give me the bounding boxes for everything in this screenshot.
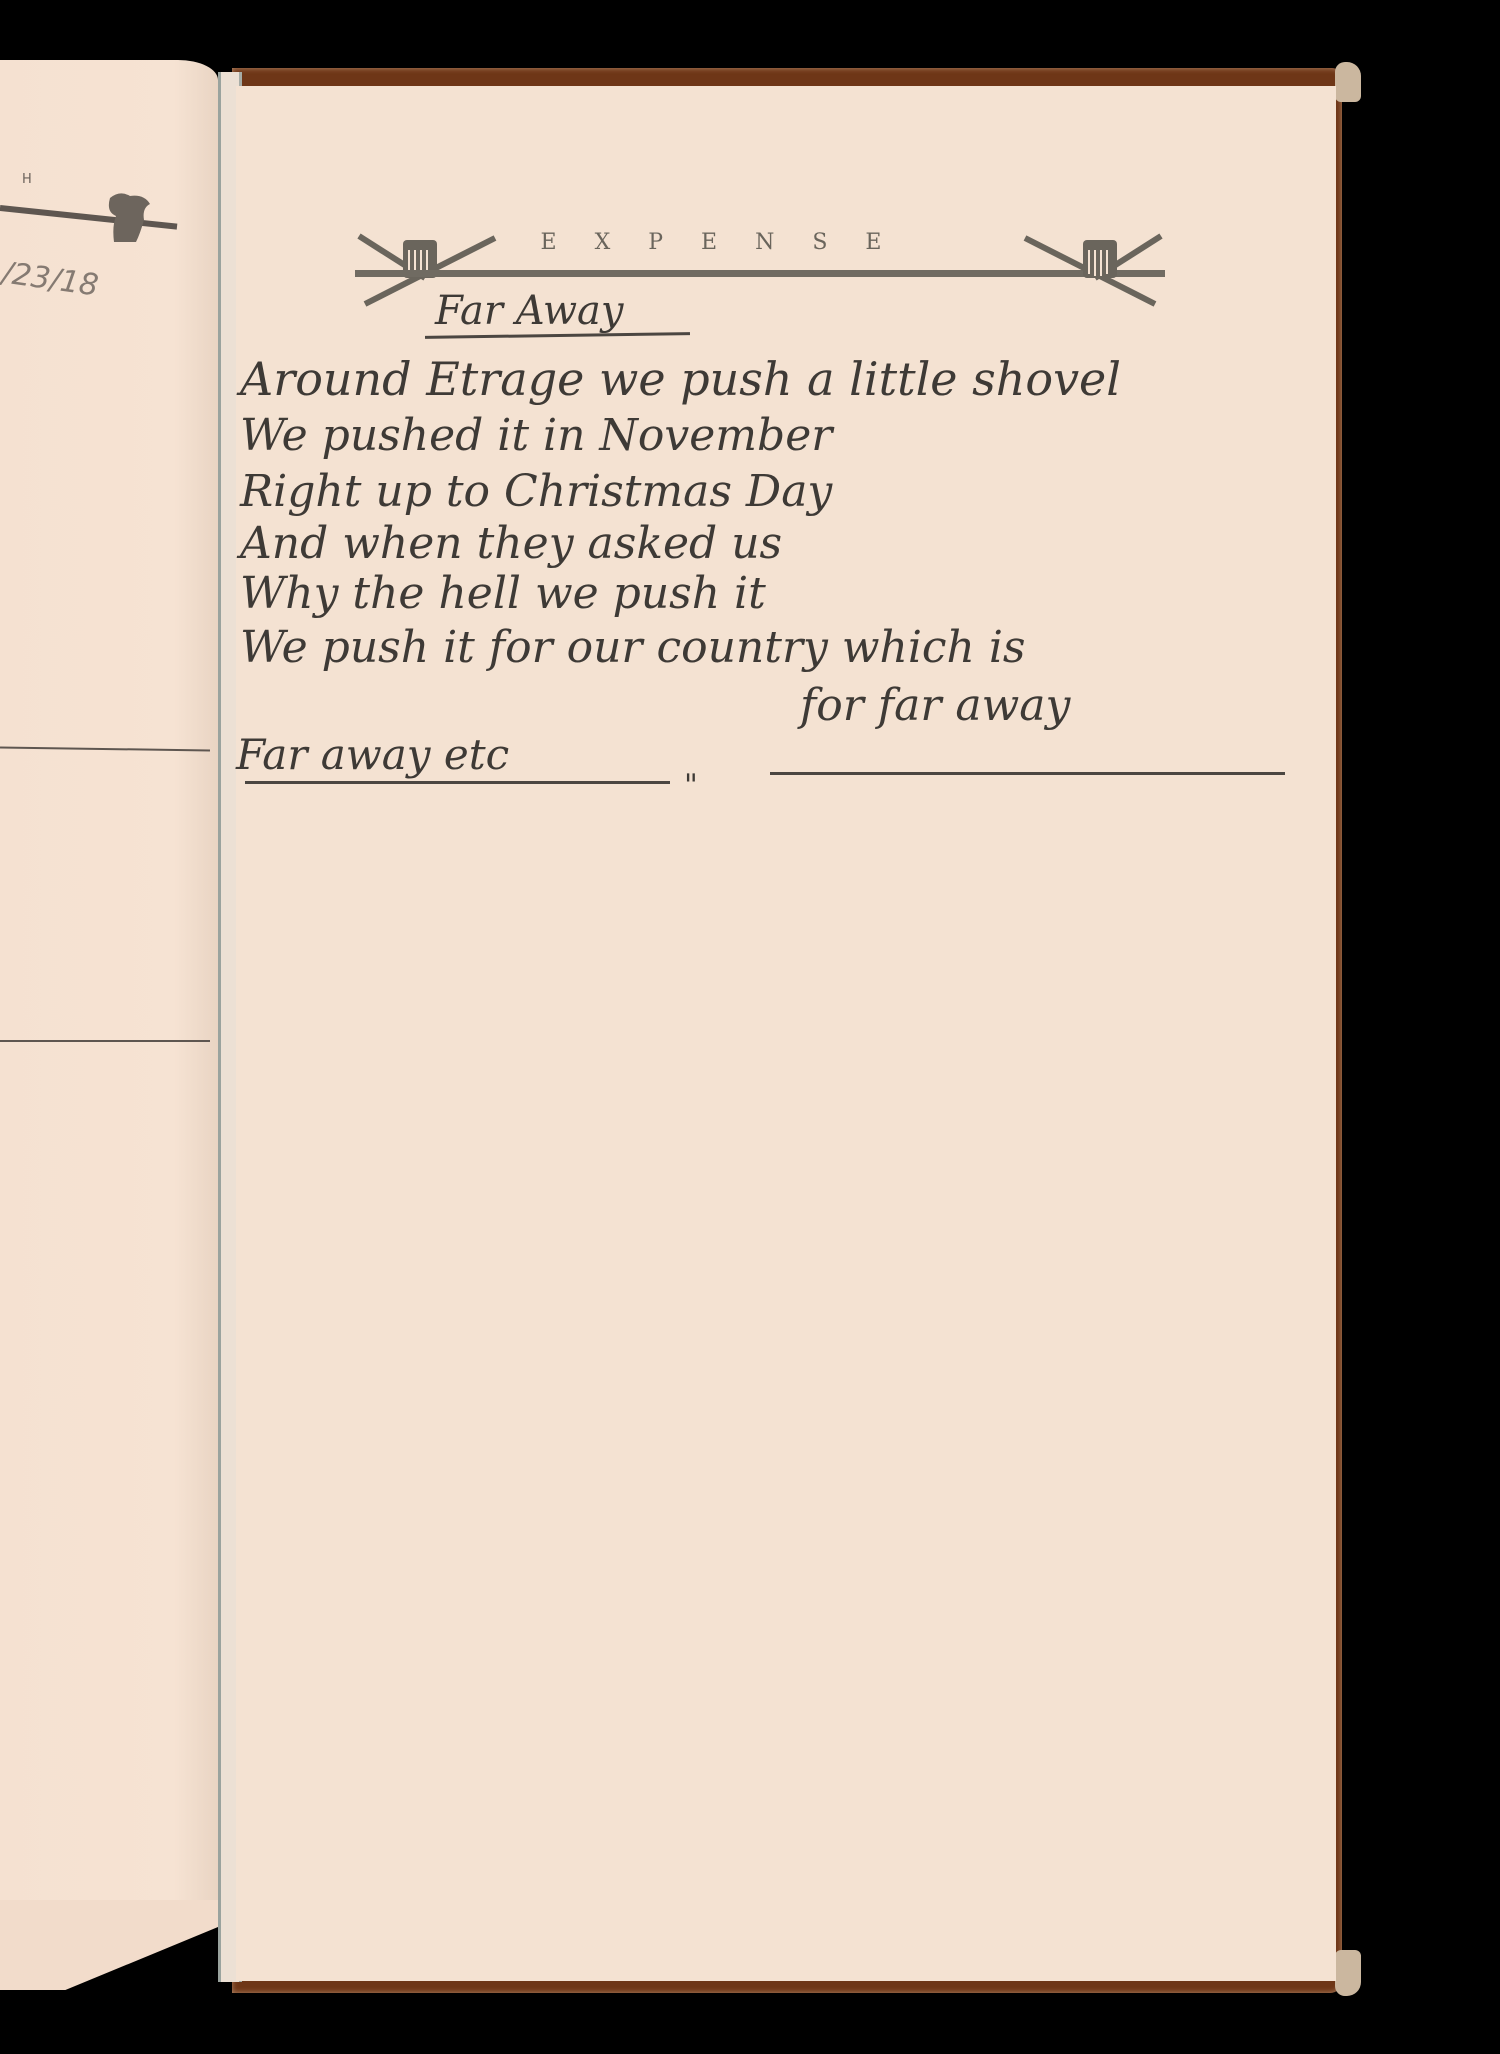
- lyric-line: for far away: [800, 680, 1070, 731]
- ditto-mark: ": [684, 768, 698, 803]
- closing-underline: [770, 772, 1285, 775]
- cover-corner-top: [1335, 62, 1361, 102]
- song-title: Far Away: [435, 288, 624, 334]
- left-entry-rule: [0, 1040, 210, 1042]
- lyric-line: Why the hell we push it: [240, 568, 766, 619]
- cover-corner-bottom: [1335, 1950, 1361, 1996]
- lyric-line: And when they asked us: [240, 518, 782, 569]
- printed-title: EXPENSE: [515, 230, 945, 255]
- lyric-line: We pushed it in November: [240, 410, 832, 461]
- shield-with-crossed-rifles-icon: [1015, 228, 1165, 312]
- closing-underline: [245, 781, 670, 784]
- lyric-line: We push it for our country which is: [240, 622, 1026, 673]
- column-marker: H: [22, 172, 32, 187]
- lyric-line: Around Etrage we push a little shovel: [240, 352, 1121, 406]
- eagle-icon: [100, 190, 152, 245]
- page-curl: [0, 1900, 218, 1990]
- closing-line: Far away etc: [236, 730, 509, 779]
- left-page: [0, 60, 218, 1900]
- lyric-line: Right up to Christmas Day: [240, 466, 832, 517]
